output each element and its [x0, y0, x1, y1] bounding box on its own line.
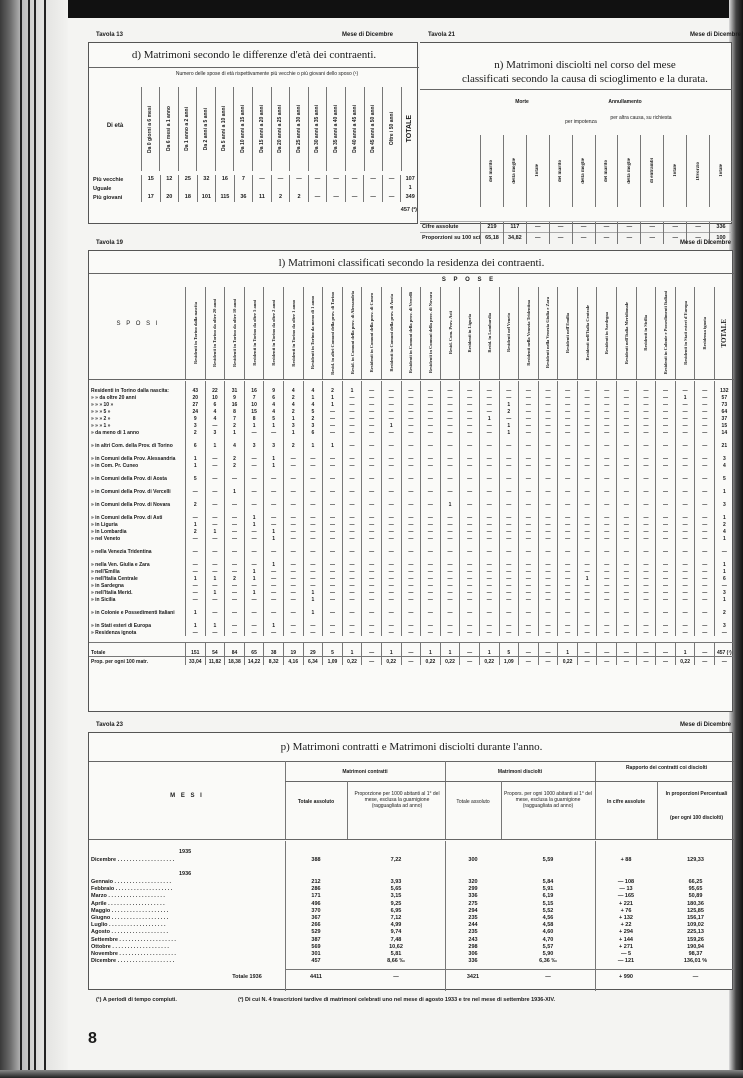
- cell: —: [675, 616, 695, 629]
- cell: —: [440, 449, 460, 462]
- cell: —: [401, 656, 421, 665]
- cell: —: [499, 542, 519, 555]
- cell: —: [479, 449, 499, 462]
- col-header: Residenza ignota: [694, 287, 714, 379]
- cell: —: [557, 582, 577, 589]
- annullamento-header: Annullamento: [560, 99, 690, 105]
- cell: —: [479, 408, 499, 415]
- cell: —: [459, 656, 479, 665]
- cell: —: [342, 415, 362, 422]
- cell: —: [322, 542, 342, 555]
- cell: 1: [205, 436, 225, 449]
- table-row: » » da oltre 20 anni2010976211——————————…: [89, 394, 734, 401]
- cell: —: [361, 401, 381, 408]
- cell: —: [714, 656, 734, 665]
- cell: —: [303, 616, 323, 629]
- cell: —: [636, 508, 656, 521]
- cell: —: [714, 582, 734, 589]
- cell: —: [244, 596, 264, 603]
- cell: —: [518, 495, 538, 508]
- col-header-text: della moglie: [512, 158, 517, 184]
- cell: —: [694, 521, 714, 528]
- cell: —: [499, 629, 519, 636]
- cell: —: [342, 542, 362, 555]
- cell: —: [655, 568, 675, 575]
- cell: —: [636, 656, 656, 665]
- cell: 3: [714, 589, 734, 596]
- cell: —: [636, 528, 656, 535]
- cell: —: [675, 521, 695, 528]
- cell: 66,25: [657, 879, 734, 886]
- cell: —: [655, 642, 675, 656]
- cell: —: [322, 521, 342, 528]
- cell: —: [342, 429, 362, 436]
- mesi-header: M E S I: [89, 793, 285, 799]
- cell: —: [361, 555, 381, 568]
- cell: 5: [322, 642, 342, 656]
- spose-header: S P O S E: [389, 277, 549, 283]
- col-header: Residenti in Stati esteri d'Europa: [675, 287, 695, 379]
- cell: —: [616, 616, 636, 629]
- col-header-text: Divorzio: [696, 162, 701, 180]
- cell: 1: [479, 642, 499, 656]
- cell: —: [420, 542, 440, 555]
- row-label: » nel Veneto: [89, 536, 185, 542]
- cell: 0,22: [675, 656, 695, 665]
- cell: —: [345, 175, 364, 184]
- tavola23-headers: M E S I Matrimoni contratti Matrimoni di…: [89, 761, 734, 839]
- cell: —: [557, 508, 577, 521]
- cell: —: [205, 508, 225, 521]
- cell: —: [479, 616, 499, 629]
- table-row: » nell'Italia Merid.—1—1——1—————————————…: [89, 589, 734, 596]
- tavola21-title-line2: classificati secondo la causa di sciogli…: [420, 73, 743, 85]
- tavola21-label: Tavola 21: [428, 32, 455, 38]
- cell: —: [420, 616, 440, 629]
- cell: —: [557, 568, 577, 575]
- cell: 29: [303, 642, 323, 656]
- cell: —: [440, 422, 460, 429]
- tavola23-month: Mese di Dicembre: [680, 722, 731, 728]
- cell: —: [538, 589, 558, 596]
- table-row: Uguale1: [89, 184, 419, 193]
- cell: —: [440, 401, 460, 408]
- cell: —: [596, 422, 616, 429]
- cell: 34,82: [503, 233, 526, 244]
- cell: —: [694, 616, 714, 629]
- cell: —: [596, 589, 616, 596]
- cell: —: [479, 555, 499, 568]
- cell: —: [205, 629, 225, 636]
- cell: 1: [714, 535, 734, 542]
- cell: —: [694, 394, 714, 401]
- contratti-totale-header: Totale assoluto: [285, 799, 347, 805]
- cell: —: [459, 394, 479, 401]
- cell: —: [459, 401, 479, 408]
- cell: —: [675, 582, 695, 589]
- cell: —: [479, 462, 499, 469]
- cell: —: [499, 568, 519, 575]
- row-label: Totale: [89, 650, 185, 656]
- cell: 57: [714, 394, 734, 401]
- cell: —: [401, 555, 421, 568]
- cell: —: [361, 542, 381, 555]
- row-label: » in Stati esteri di Europa: [89, 623, 185, 629]
- cell: —: [361, 596, 381, 603]
- cell: —: [596, 401, 616, 408]
- tavola13-title: d) Matrimoni secondo le differenze d'età…: [89, 49, 419, 61]
- cell: —: [459, 596, 479, 603]
- cell: —: [557, 528, 577, 535]
- col-header: Residenti nell'Italia Centrale: [577, 287, 597, 379]
- cell: 2: [185, 429, 205, 436]
- row-label: Cifre assolute: [420, 224, 480, 230]
- cell: —: [479, 422, 499, 429]
- cell: —: [616, 535, 636, 542]
- cell: —: [303, 542, 323, 555]
- cell: —: [596, 436, 616, 449]
- cell: 22: [205, 381, 225, 394]
- cell: —: [538, 596, 558, 603]
- cell: —: [499, 495, 519, 508]
- cell: —: [322, 528, 342, 535]
- cell: 9,25: [347, 901, 445, 908]
- cell: 0,22: [479, 656, 499, 665]
- cell: —: [675, 401, 695, 408]
- cell: 6: [205, 401, 225, 408]
- cell: 7: [234, 175, 253, 184]
- cell: —: [557, 469, 577, 482]
- cell: —: [538, 449, 558, 462]
- cell: —: [303, 469, 323, 482]
- cell: —: [401, 575, 421, 582]
- cell: —: [361, 589, 381, 596]
- cell: 6: [263, 394, 283, 401]
- cell: 33,04: [185, 656, 205, 665]
- table-row: Dicembre . . . . . . . . . . . . . . . .…: [89, 857, 734, 864]
- cell: —: [577, 429, 597, 436]
- tavola19-col-headers: Residenti in Torino dalla nascitaResiden…: [185, 287, 734, 379]
- cell: [345, 184, 364, 193]
- cell: —: [538, 462, 558, 469]
- cell: —: [479, 495, 499, 508]
- cell: 11: [252, 193, 271, 202]
- cell: —: [538, 381, 558, 394]
- month-label: Giugno . . . . . . . . . . . . . . . . .…: [91, 915, 279, 922]
- cell: —: [342, 422, 362, 429]
- cell: —: [694, 508, 714, 521]
- cell: 6,34: [303, 656, 323, 665]
- cell: —: [205, 449, 225, 462]
- cell: —: [224, 535, 244, 542]
- cell: —: [479, 381, 499, 394]
- cell: 24: [185, 408, 205, 415]
- cell: —: [694, 575, 714, 582]
- cell: —: [694, 596, 714, 603]
- cell: 1: [303, 596, 323, 603]
- cell: 275: [445, 901, 501, 908]
- cell: 19: [283, 642, 303, 656]
- cell: 25: [178, 175, 197, 184]
- morte-header: Morte: [490, 99, 554, 105]
- cell: —: [342, 603, 362, 616]
- table-row: » in Sicilia——————1————————————————————1: [89, 596, 734, 603]
- cell: —: [308, 193, 327, 202]
- cell: —: [616, 462, 636, 469]
- cell: 0,22: [342, 656, 362, 665]
- cell: 1: [205, 575, 225, 582]
- cell: —: [361, 575, 381, 582]
- cell: —: [636, 381, 656, 394]
- cell: 294: [445, 908, 501, 915]
- cell: —: [577, 394, 597, 401]
- cell: —: [577, 436, 597, 449]
- cell: —: [526, 222, 549, 233]
- cell: —: [283, 469, 303, 482]
- cell: 2: [322, 381, 342, 394]
- cell: 569: [285, 944, 347, 951]
- cell: —: [420, 555, 440, 568]
- cell: —: [342, 528, 362, 535]
- cell: —: [401, 542, 421, 555]
- table-row: » in Stati esteri di Europa11——1————————…: [89, 616, 734, 629]
- cell: —: [303, 482, 323, 495]
- cell: 73: [714, 401, 734, 408]
- cell: —: [224, 629, 244, 636]
- cell: 20: [185, 394, 205, 401]
- cell: —: [185, 568, 205, 575]
- cell: —: [401, 381, 421, 394]
- cell: 1: [244, 508, 264, 521]
- cell: 1: [499, 429, 519, 436]
- cell: 2: [224, 449, 244, 462]
- cell: [234, 184, 253, 193]
- cell: —: [577, 401, 597, 408]
- row-label: » » » 2 »: [89, 416, 185, 422]
- cell: —: [440, 542, 460, 555]
- cell: —: [596, 429, 616, 436]
- cell: 84: [224, 642, 244, 656]
- cell: —: [308, 175, 327, 184]
- col-header: Da 0 giorni a 6 mesi: [147, 106, 154, 153]
- cell: —: [655, 596, 675, 603]
- cell: —: [655, 616, 675, 629]
- cell: —: [636, 401, 656, 408]
- cell: —: [479, 482, 499, 495]
- cell: —: [381, 575, 401, 582]
- cell: —: [361, 603, 381, 616]
- cell: —: [322, 482, 342, 495]
- cell: 1: [714, 482, 734, 495]
- cell: —: [185, 535, 205, 542]
- table-row: » » » 5 »244815425—————————2——————————64: [89, 408, 734, 415]
- cell: —: [596, 555, 616, 568]
- month-label: Dicembre . . . . . . . . . . . . . . . .…: [91, 958, 279, 965]
- cell: —: [596, 596, 616, 603]
- cell: —: [675, 462, 695, 469]
- cell: 190,94: [657, 944, 734, 951]
- cell: —: [361, 508, 381, 521]
- cell: —: [557, 616, 577, 629]
- cell: 457 (¹): [714, 642, 734, 656]
- cell: 3: [303, 422, 323, 429]
- cell: —: [577, 596, 597, 603]
- cell: 2: [185, 495, 205, 508]
- cell: —: [322, 616, 342, 629]
- tavola13-col-headers: Da 0 giorni a 6 mesi Da 6 mesi a 1 anno …: [89, 87, 419, 171]
- cell: —: [322, 422, 342, 429]
- cell: —: [459, 555, 479, 568]
- cell: —: [479, 429, 499, 436]
- cell: —: [440, 462, 460, 469]
- cell: —: [577, 469, 597, 482]
- cell: —: [303, 495, 323, 508]
- col-header-text: Residenti in Torino da oltre 1 anno: [291, 300, 296, 367]
- table-row: » in Colonie e Possedimenti Italiani1———…: [89, 603, 734, 616]
- col-header: Residenti in Torino da oltre 1 anno: [283, 287, 303, 379]
- cell: —: [289, 175, 308, 184]
- cell: —: [401, 401, 421, 408]
- cell: 1: [675, 642, 695, 656]
- col-header-text: Residenti in Comuni della prov. di Cuneo: [369, 293, 374, 372]
- cell: —: [263, 589, 283, 596]
- cell: 5,91: [501, 886, 595, 893]
- cell: —: [224, 603, 244, 616]
- cell: —: [675, 535, 695, 542]
- cell: —: [263, 603, 283, 616]
- row-label: » in altri Com. della Prov. di Torino: [89, 443, 185, 449]
- cell: —: [675, 449, 695, 462]
- row-label: Prop. per ogni 100 matr.: [89, 659, 185, 665]
- cell: —: [636, 582, 656, 589]
- cell: —: [617, 233, 640, 244]
- cell: —: [518, 408, 538, 415]
- cell: —: [420, 429, 440, 436]
- cell: —: [616, 642, 636, 656]
- cell: [160, 184, 179, 193]
- cell: 20: [160, 193, 179, 202]
- cell: —: [382, 175, 401, 184]
- cell: 1: [303, 436, 323, 449]
- row-label: Residenti in Torino dalla nascita:: [89, 388, 185, 394]
- cell: 457: [285, 958, 347, 965]
- cell: —: [675, 575, 695, 582]
- col-header-text: Resid. in altri Comuni della prov. di To…: [330, 292, 335, 375]
- cell: —: [303, 508, 323, 521]
- cell: —: [538, 528, 558, 535]
- cell: 0,22: [440, 656, 460, 665]
- cell: —: [205, 462, 225, 469]
- cell: —: [459, 508, 479, 521]
- cell: —: [459, 542, 479, 555]
- cell: —: [675, 508, 695, 521]
- cell: 5,81: [347, 951, 445, 958]
- cell: —: [640, 233, 663, 244]
- cell: + 76: [595, 908, 657, 915]
- cell: —: [577, 408, 597, 415]
- cell: —: [342, 521, 362, 528]
- cell: —: [252, 175, 271, 184]
- cell: 388: [285, 857, 347, 864]
- cell: 21: [714, 436, 734, 449]
- cell: —: [322, 462, 342, 469]
- cell: —: [283, 482, 303, 495]
- cell: —: [342, 408, 362, 415]
- col-header: Da 1 anno a 2 anni: [184, 107, 191, 151]
- cell: —: [420, 603, 440, 616]
- cell: —: [244, 535, 264, 542]
- col-header: Da 6 mesi a 1 anno: [166, 106, 173, 151]
- cell: —: [538, 482, 558, 495]
- cell: —: [440, 508, 460, 521]
- cell: 98,37: [657, 951, 734, 958]
- cell: —: [636, 449, 656, 462]
- row-label: » nell'Emilia: [89, 569, 185, 575]
- cell: —: [596, 656, 616, 665]
- cell: —: [538, 568, 558, 575]
- cell: —: [401, 469, 421, 482]
- cell: —: [499, 482, 519, 495]
- cell: —: [655, 575, 675, 582]
- cell: —: [577, 642, 597, 656]
- cell: —: [557, 415, 577, 422]
- cell: 336: [445, 958, 501, 965]
- cell: 298: [445, 944, 501, 951]
- cell: —: [401, 589, 421, 596]
- cell: —: [636, 629, 656, 636]
- cell: —: [342, 469, 362, 482]
- cell: —: [675, 381, 695, 394]
- cell: —: [636, 422, 656, 429]
- cell: 2: [185, 528, 205, 535]
- cell: —: [381, 381, 401, 394]
- cell: 32: [197, 175, 216, 184]
- cell: 1: [479, 415, 499, 422]
- cell: —: [381, 582, 401, 589]
- cell: 5,65: [347, 886, 445, 893]
- col-header-text: Totale: [719, 164, 724, 177]
- contratti-header: Matrimoni contratti: [285, 769, 445, 775]
- tavola19-label: Tavola 19: [96, 240, 123, 246]
- cell: —: [361, 521, 381, 528]
- tavola21-col-headers: del maritodella moglieTotaledel maritode…: [480, 135, 732, 207]
- cell: —: [655, 482, 675, 495]
- cell: 1: [185, 575, 205, 582]
- cell: —: [616, 528, 636, 535]
- cell: 95,65: [657, 886, 734, 893]
- cell: 37: [714, 415, 734, 422]
- cell: —: [636, 429, 656, 436]
- row-label: » nella Ven. Giulia e Zara: [89, 562, 185, 568]
- table-row: » in Comuni della Prov. di Asti———1—————…: [89, 508, 734, 521]
- cell: 64: [714, 408, 734, 415]
- cell: —: [381, 508, 401, 521]
- cell: —: [518, 603, 538, 616]
- cell: —: [694, 381, 714, 394]
- cell: —: [538, 575, 558, 582]
- cell: —: [655, 535, 675, 542]
- col-header-text: Residenza ignota: [702, 317, 707, 350]
- cell: —: [244, 528, 264, 535]
- cell: —: [283, 582, 303, 589]
- cell: 6: [303, 429, 323, 436]
- cell: —: [342, 495, 362, 508]
- cell: —: [616, 401, 636, 408]
- row-label: » in Comuni della Prov. di Asti: [89, 515, 185, 521]
- col-header-text: Residenti nell'Emilia: [565, 313, 570, 353]
- cell: —: [322, 575, 342, 582]
- col-header-text: di entrambi: [650, 158, 655, 183]
